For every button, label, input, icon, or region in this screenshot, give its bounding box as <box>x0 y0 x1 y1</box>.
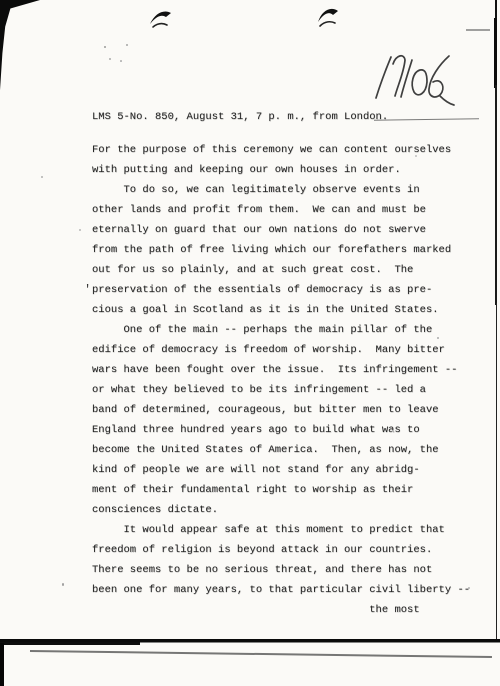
typewritten-line: To do so, we can legitimately observe ev… <box>92 180 470 200</box>
handwritten-digit-6-tail <box>440 96 454 105</box>
typewritten-line: kind of people we are will not stand for… <box>92 460 470 480</box>
smudge-mark-icon <box>320 22 335 26</box>
typewritten-line: from the path of free living which our f… <box>92 240 470 260</box>
typewritten-line: eternally on guard that our own nations … <box>92 220 470 240</box>
typewritten-line: One of the main -- perhaps the main pill… <box>92 320 470 340</box>
typewritten-line: ment of their fundamental right to worsh… <box>92 480 470 500</box>
typewritten-line: England three hundred years ago to build… <box>92 420 470 440</box>
typewritten-line: For the purpose of this ceremony we can … <box>92 140 470 160</box>
typewritten-line: cious a goal in Scotland as it is in the… <box>92 300 470 320</box>
noise-dot <box>120 60 122 62</box>
typewritten-line: with putting and keeping our own houses … <box>92 160 470 180</box>
smudge-mark-icon <box>153 24 167 27</box>
scan-right-edge-line <box>496 303 498 642</box>
typewritten-line: become the United States of America. The… <box>92 440 470 460</box>
noise-dot <box>109 58 111 60</box>
scanned-document-page: LMS 5-No. 850, August 31, 7 p. m., from … <box>0 0 500 686</box>
noise-dot <box>62 583 64 586</box>
typewritten-line: wars have been fought over the issue. It… <box>92 360 470 380</box>
typewritten-line: edifice of democracy is freedom of worsh… <box>92 340 470 360</box>
typewritten-line: or what they believed to be its infringe… <box>92 380 470 400</box>
header-trailing-rule <box>374 118 479 120</box>
noise-dot <box>126 44 128 46</box>
typewritten-line: freedom of religion is beyond attack in … <box>92 540 470 560</box>
handwritten-digit-0 <box>412 70 427 95</box>
typewritten-line: been one for many years, to that particu… <box>92 580 470 600</box>
noise-dot <box>104 46 106 48</box>
noise-dot <box>415 155 417 157</box>
smudge-mark-icon <box>318 9 338 22</box>
underlying-page-edge <box>30 650 492 658</box>
typewritten-line: It would appear safe at this moment to p… <box>92 520 470 540</box>
typewritten-line: consciences dictate. <box>92 500 470 520</box>
typewritten-line: band of determined, courageous, but bitt… <box>92 400 470 420</box>
handwritten-digit-1 <box>376 57 391 98</box>
noise-dot <box>468 587 470 589</box>
handwritten-digit-6 <box>429 56 449 97</box>
document-header-line: LMS 5-No. 850, August 31, 7 p. m., from … <box>92 107 388 127</box>
scan-right-edge-line <box>495 85 497 305</box>
page-bottom-edge <box>140 642 500 643</box>
page-bottom-edge <box>0 642 140 645</box>
handwritten-page-number <box>360 48 464 112</box>
typewritten-line: other lands and profit from them. We can… <box>92 200 470 220</box>
noise-dot <box>41 176 43 178</box>
noise-dot <box>392 430 394 432</box>
scan-left-edge-line <box>0 643 4 686</box>
document-body-text: For the purpose of this ceremony we can … <box>92 140 470 620</box>
typewritten-line: out for us so plainly, and at such great… <box>92 260 470 280</box>
typewritten-line: preservation of the essentials of democr… <box>92 280 470 300</box>
smudge-mark-icon <box>150 11 171 24</box>
margin-apostrophe-mark: ' <box>84 283 91 297</box>
typewritten-line: There seems to be no serious threat, and… <box>92 560 470 580</box>
noise-dot <box>437 337 439 339</box>
typewritten-line: the most <box>92 600 470 620</box>
handwritten-digit-1 <box>401 60 412 97</box>
ink-smudge-marks <box>0 0 500 40</box>
noise-dot <box>79 229 81 231</box>
